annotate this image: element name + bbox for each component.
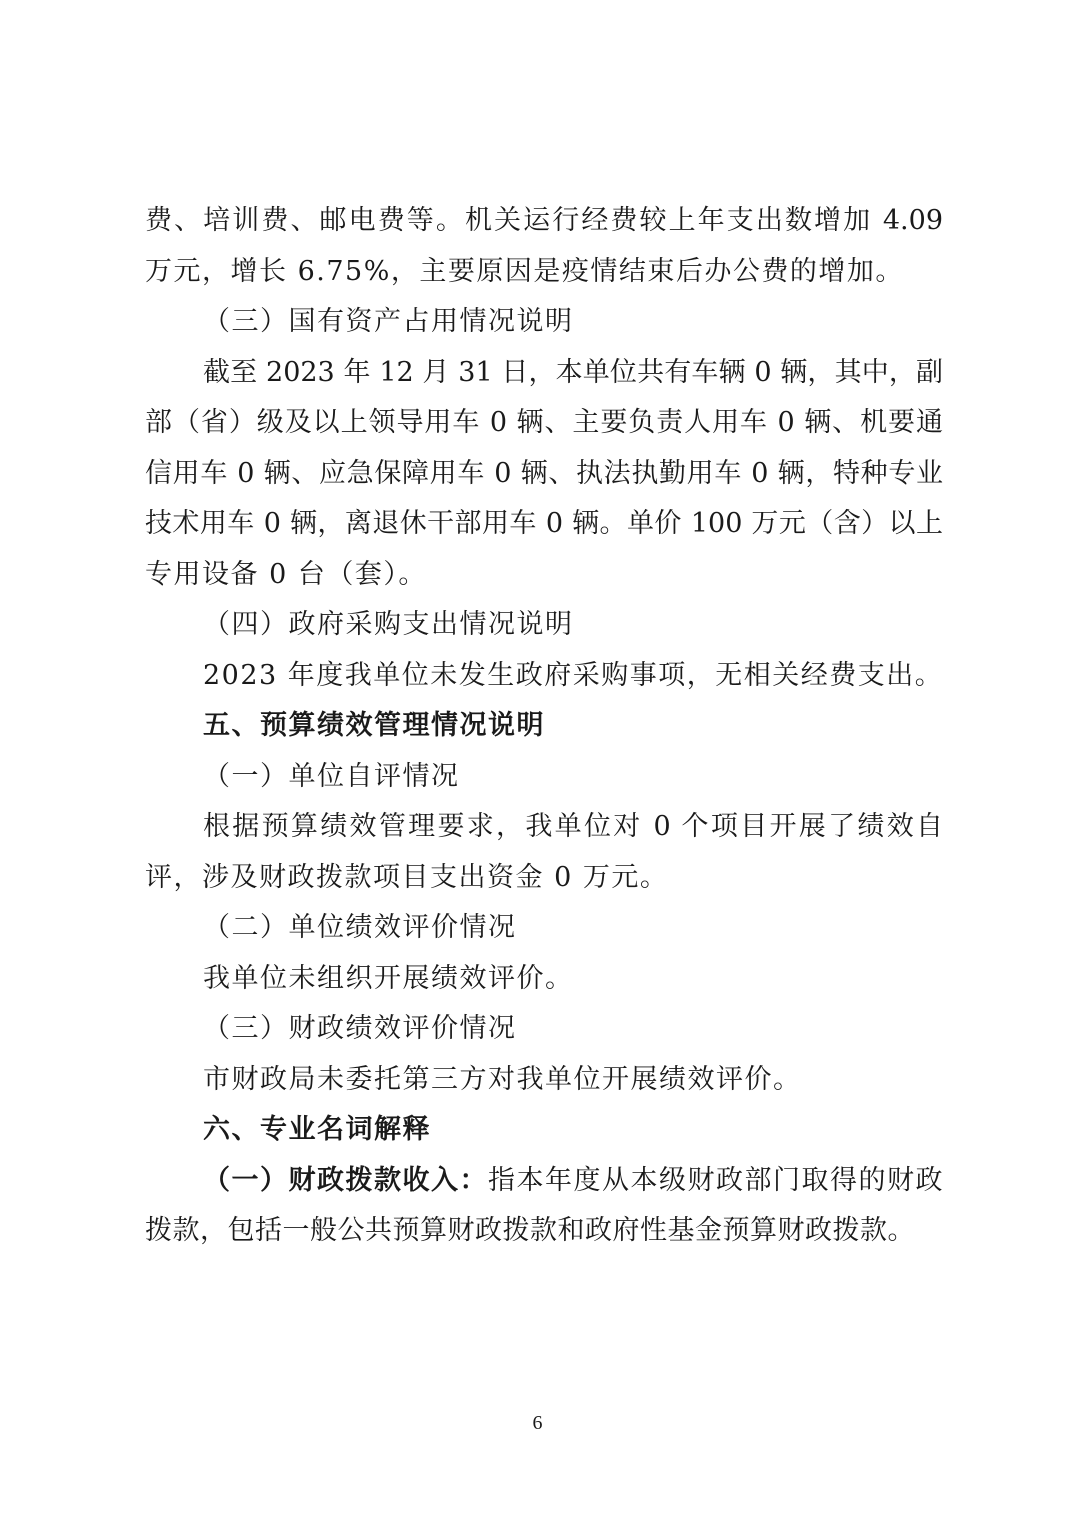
definition-description: 指本年度从本级财政部门取得的财政 — [488, 1156, 944, 1207]
page-number: 6 — [0, 1412, 1075, 1435]
paragraph-line: 专用设备 0 台（套）。 — [145, 550, 943, 601]
paragraph-line: 我单位未组织开展绩效评价。 — [145, 954, 943, 1005]
paragraph-line: 技术用车 0 辆，离退休干部用车 0 辆。单价 100 万元（含）以上 — [145, 499, 943, 550]
paragraph-line: 2023 年度我单位未发生政府采购事项，无相关经费支出。 — [145, 651, 943, 702]
paragraph-line: 信用车 0 辆、应急保障用车 0 辆、执法执勤用车 0 辆，特种专业 — [145, 449, 943, 500]
definition-term: （一）财政拨款收入： — [203, 1156, 488, 1207]
subsection-heading: （三）国有资产占用情况说明 — [145, 297, 943, 348]
definition-line: （一）财政拨款收入： 指本年度从本级财政部门取得的财政 — [145, 1156, 943, 1207]
paragraph-line: 拨款，包括一般公共预算财政拨款和政府性基金预算财政拨款。 — [145, 1206, 943, 1257]
subsection-heading: （二）单位绩效评价情况 — [145, 903, 943, 954]
paragraph-line: 截至 2023 年 12 月 31 日，本单位共有车辆 0 辆，其中，副 — [145, 348, 943, 399]
paragraph-line: 费、培训费、邮电费等。机关运行经费较上年支出数增加 4.09 — [145, 196, 943, 247]
paragraph-line: 根据预算绩效管理要求，我单位对 0 个项目开展了绩效自 — [145, 802, 943, 853]
subsection-heading: （四）政府采购支出情况说明 — [145, 600, 943, 651]
document-page: 费、培训费、邮电费等。机关运行经费较上年支出数增加 4.09 万元，增长 6.7… — [145, 196, 943, 1257]
paragraph-line: 部（省）级及以上领导用车 0 辆、主要负责人用车 0 辆、机要通 — [145, 398, 943, 449]
subsection-heading: （三）财政绩效评价情况 — [145, 1004, 943, 1055]
paragraph-line: 评，涉及财政拨款项目支出资金 0 万元。 — [145, 853, 943, 904]
section-heading: 五、预算绩效管理情况说明 — [145, 701, 943, 752]
paragraph-line: 万元，增长 6.75%，主要原因是疫情结束后办公费的增加。 — [145, 247, 943, 298]
paragraph-line: 市财政局未委托第三方对我单位开展绩效评价。 — [145, 1055, 943, 1106]
section-heading: 六、专业名词解释 — [145, 1105, 943, 1156]
subsection-heading: （一）单位自评情况 — [145, 752, 943, 803]
